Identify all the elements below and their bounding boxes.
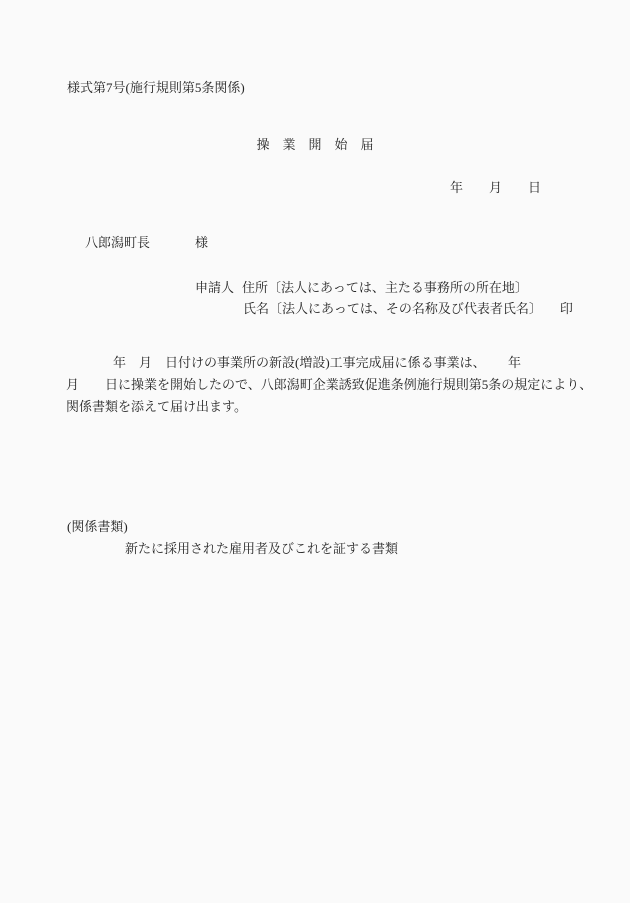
body-paragraph-line-2: 月 日に操業を開始したので、八郎潟町企業誘致促進条例施行規則第5条の規定により、 (66, 378, 592, 393)
addressee-honorific: 様 (195, 235, 208, 250)
applicant-label: 申請人 (195, 280, 234, 295)
addressee-name: 八郎潟町長 (85, 235, 150, 250)
document-page: 様式第7号(施行規則第5条関係) 操 業 開 始 届 年 月 日 八郎潟町長様 … (0, 0, 630, 903)
body-paragraph-line-3: 関係書類を添えて届け出ます。 (66, 400, 247, 415)
page-title: 操 業 開 始 届 (0, 138, 630, 153)
body-line-1-year-blank: 年 (508, 356, 521, 371)
body-line-1-text: 年 月 日付けの事業所の新設(増設)工事完成届に係る事業は、 (113, 355, 486, 370)
seal-label: 印 (560, 301, 573, 316)
body-paragraph-line-1: 年 月 日付けの事業所の新設(増設)工事完成届に係る事業は、年 (113, 356, 630, 371)
applicant-address-line: 申請人住所〔法人にあっては、主たる事務所の所在地〕 (195, 281, 528, 296)
applicant-address-label: 住所〔法人にあっては、主たる事務所の所在地〕 (242, 280, 528, 295)
form-number: 様式第7号(施行規則第5条関係) (67, 81, 245, 96)
date-blank-line: 年 月 日 (450, 181, 541, 196)
applicant-name-label: 氏名〔法人にあっては、その名称及び代表者氏名〕 (243, 301, 542, 316)
addressee-line: 八郎潟町長様 (85, 236, 208, 251)
applicant-name-line: 氏名〔法人にあっては、その名称及び代表者氏名〕印 (243, 302, 573, 317)
attachments-item: 新たに採用された雇用者及びこれを証する書類 (125, 542, 398, 557)
attachments-heading: (関係書類) (67, 520, 128, 535)
